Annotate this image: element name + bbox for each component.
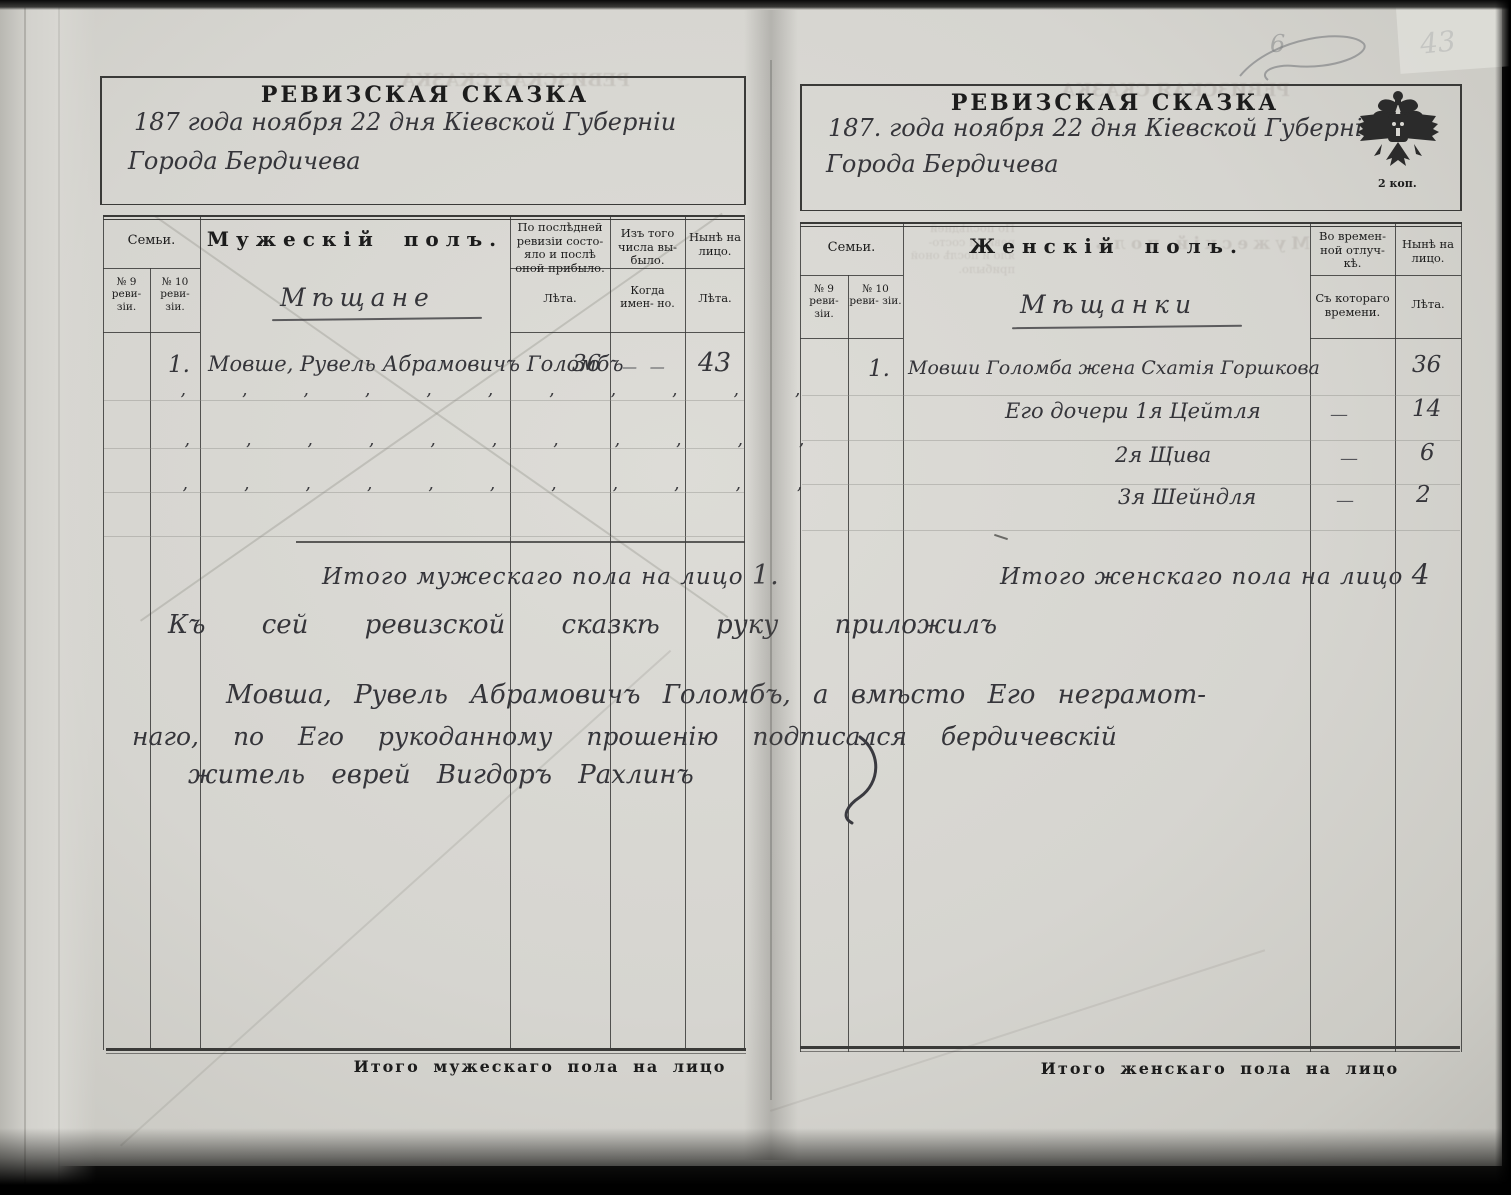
left-col-rev9: № 9 реви- зіи. <box>104 276 149 313</box>
scan-edge-right <box>1495 0 1511 1195</box>
right-table-vline <box>1461 222 1462 1052</box>
right-table-hline <box>1310 275 1461 276</box>
scan-edge-top <box>0 0 1511 10</box>
right-table-vline <box>848 275 849 1052</box>
paper-edge-streak <box>24 0 26 1195</box>
left-col-family: Семьи. <box>103 233 200 248</box>
right-row-name: Его дочери 1я Цейтля <box>1005 399 1261 423</box>
paper-edge-streak <box>58 0 60 1195</box>
ditto-marks-row: ’ ’ ’ ’ ’ ’ ’ ’ ’ ’ ’ <box>180 390 802 411</box>
right-col-family: Семьи. <box>800 240 903 255</box>
left-col-sex: Мужескій полъ. <box>200 228 510 252</box>
right-summary-value: 4 <box>1412 558 1431 591</box>
left-table-bottom-border <box>106 1048 746 1051</box>
right-header-border <box>800 210 1462 211</box>
right-row-years: 14 <box>1412 396 1441 422</box>
left-col-now: Нынѣ на лицо. <box>687 231 743 258</box>
right-row-name: Мовши Голомба жена Схатія Горшкова <box>908 357 1320 379</box>
right-row-family-no: 1. <box>868 356 890 382</box>
left-row-years-now: 43 <box>698 348 731 378</box>
left-table-hline <box>103 268 200 269</box>
left-closing-rule <box>296 541 745 543</box>
right-row-dash: — <box>1336 490 1354 511</box>
right-table-top-border <box>800 226 1462 227</box>
right-row-years: 2 <box>1416 482 1431 508</box>
left-summary: Итого мужескаго пола на лицо 1. <box>322 560 780 591</box>
attestation-line-2: Мовша, Рувель Абрамовичъ Голомбъ, а вмѣс… <box>226 680 1206 710</box>
left-table-hline <box>103 332 200 333</box>
pencil-mark: 6 <box>1270 30 1285 58</box>
left-page-title: РЕВИЗСКАЯ СКАЗКА <box>230 83 620 109</box>
left-paper-edge <box>0 0 96 1195</box>
right-col-sex: Женскій полъ. <box>903 235 1310 259</box>
right-col-now: Нынѣ на лицо. <box>1397 238 1459 265</box>
ruled-line <box>802 440 1460 441</box>
pencil-flourish <box>1238 28 1378 83</box>
center-fold-line <box>770 60 772 1100</box>
left-table-vline <box>103 215 104 1050</box>
right-estate-handwritten: Мѣщанки <box>1020 290 1197 319</box>
left-table-vline <box>150 268 151 1050</box>
right-table-vline <box>1395 222 1396 1052</box>
right-col-rev10: № 10 реви- зіи. <box>849 283 902 308</box>
right-row-name: 3я Шейндля <box>1118 485 1256 509</box>
left-col-years-listed: Лѣта. <box>513 292 607 306</box>
right-table-top-border <box>800 222 1462 224</box>
left-col-years-now: Лѣта. <box>687 292 743 306</box>
left-header-border <box>100 76 102 205</box>
right-table-bottom-border <box>800 1046 1460 1049</box>
left-date-handwritten: 187 года ноября 22 дня Кіевской Губерніи <box>134 108 676 136</box>
right-row-name: 2я Щива <box>1115 443 1211 467</box>
left-place-handwritten: Города Бердичева <box>128 147 361 175</box>
left-footer: Итого мужескаго пола на лицо <box>320 1058 760 1077</box>
right-date-handwritten: 187. года ноября 22 дня Кіевской Губерні… <box>828 114 1378 142</box>
ruled-line <box>802 530 1460 531</box>
right-col-rev9: № 9 реви- зіи. <box>801 283 847 320</box>
top-right-corner-fold <box>1396 0 1511 74</box>
right-place-handwritten: Города Бердичева <box>826 150 1059 178</box>
right-row-years: 6 <box>1420 440 1435 466</box>
right-table-bottom-border <box>800 1051 1460 1052</box>
left-summary-text: Итого мужескаго пола на лицо <box>322 564 744 590</box>
ditto-marks-row: ’ ’ ’ ’ ’ ’ ’ ’ ’ ’ ’ <box>182 484 804 505</box>
scanned-document: РЕВИЗСКАЯ СКАЗКА РЕВИЗСКАЯ СКАЗКА 187 го… <box>0 0 1511 1195</box>
left-col-prev-revision: По послѣдней ревизіи состо- яло и послѣ … <box>513 221 607 275</box>
attestation-line-1: Къ сей ревизской сказкѣ руку приложилъ <box>168 610 997 640</box>
left-table-bottom-border <box>106 1053 746 1054</box>
right-row-dash: — <box>1340 448 1358 469</box>
right-row-years: 36 <box>1412 352 1441 378</box>
left-row-name: Мовше, Рувель Абрамовичъ Голомбъ <box>208 352 624 376</box>
left-row-when-dash: — — <box>622 358 669 376</box>
left-header-border <box>100 204 746 205</box>
right-header-border <box>1460 84 1462 211</box>
right-table-hline <box>800 275 903 276</box>
attestation-line-3: наго, по Его рукоданному прошенію подпис… <box>132 722 1117 751</box>
right-table-hline <box>800 338 903 339</box>
center-fold <box>744 10 804 1160</box>
imperial-eagle-stamp-icon <box>1352 86 1444 178</box>
attestation-line-4: житель еврей Вигдоръ Рахлинъ <box>188 760 694 790</box>
right-summary: Итого женскаго пола на лицо 4 <box>1000 558 1431 591</box>
scan-edge-bottom <box>0 1128 1511 1195</box>
left-row-family-no: 1. <box>168 352 190 378</box>
ruled-line <box>802 395 1460 396</box>
ruled-line <box>104 536 744 537</box>
stamp-value: 2 коп. <box>1378 178 1417 191</box>
right-row-dash: — <box>1330 404 1348 425</box>
right-col-absence: Во времен- ной отлуч- кѣ. <box>1312 230 1393 271</box>
right-col-since: Съ котораго времени. <box>1312 292 1393 319</box>
left-col-when: Когда имен- но. <box>612 285 683 311</box>
left-estate-handwritten: Мѣщане <box>280 283 435 312</box>
signature-flourish <box>830 735 890 825</box>
right-summary-text: Итого женскаго пола на лицо <box>1000 564 1403 590</box>
left-table-hline <box>510 332 745 333</box>
left-col-rev10: № 10 реви- зіи. <box>151 276 199 313</box>
right-footer: Итого женскаго пола на лицо <box>1000 1060 1440 1079</box>
ditto-marks-row: ’ ’ ’ ’ ’ ’ ’ ’ ’ ’ ’ <box>184 440 806 461</box>
right-col-years: Лѣта. <box>1397 298 1459 312</box>
right-table-vline <box>1310 222 1311 1052</box>
left-col-departed: Изъ того числа вы- было. <box>612 227 683 268</box>
right-table-hline <box>1310 338 1461 339</box>
left-row-years-listed: 36 <box>572 351 601 377</box>
